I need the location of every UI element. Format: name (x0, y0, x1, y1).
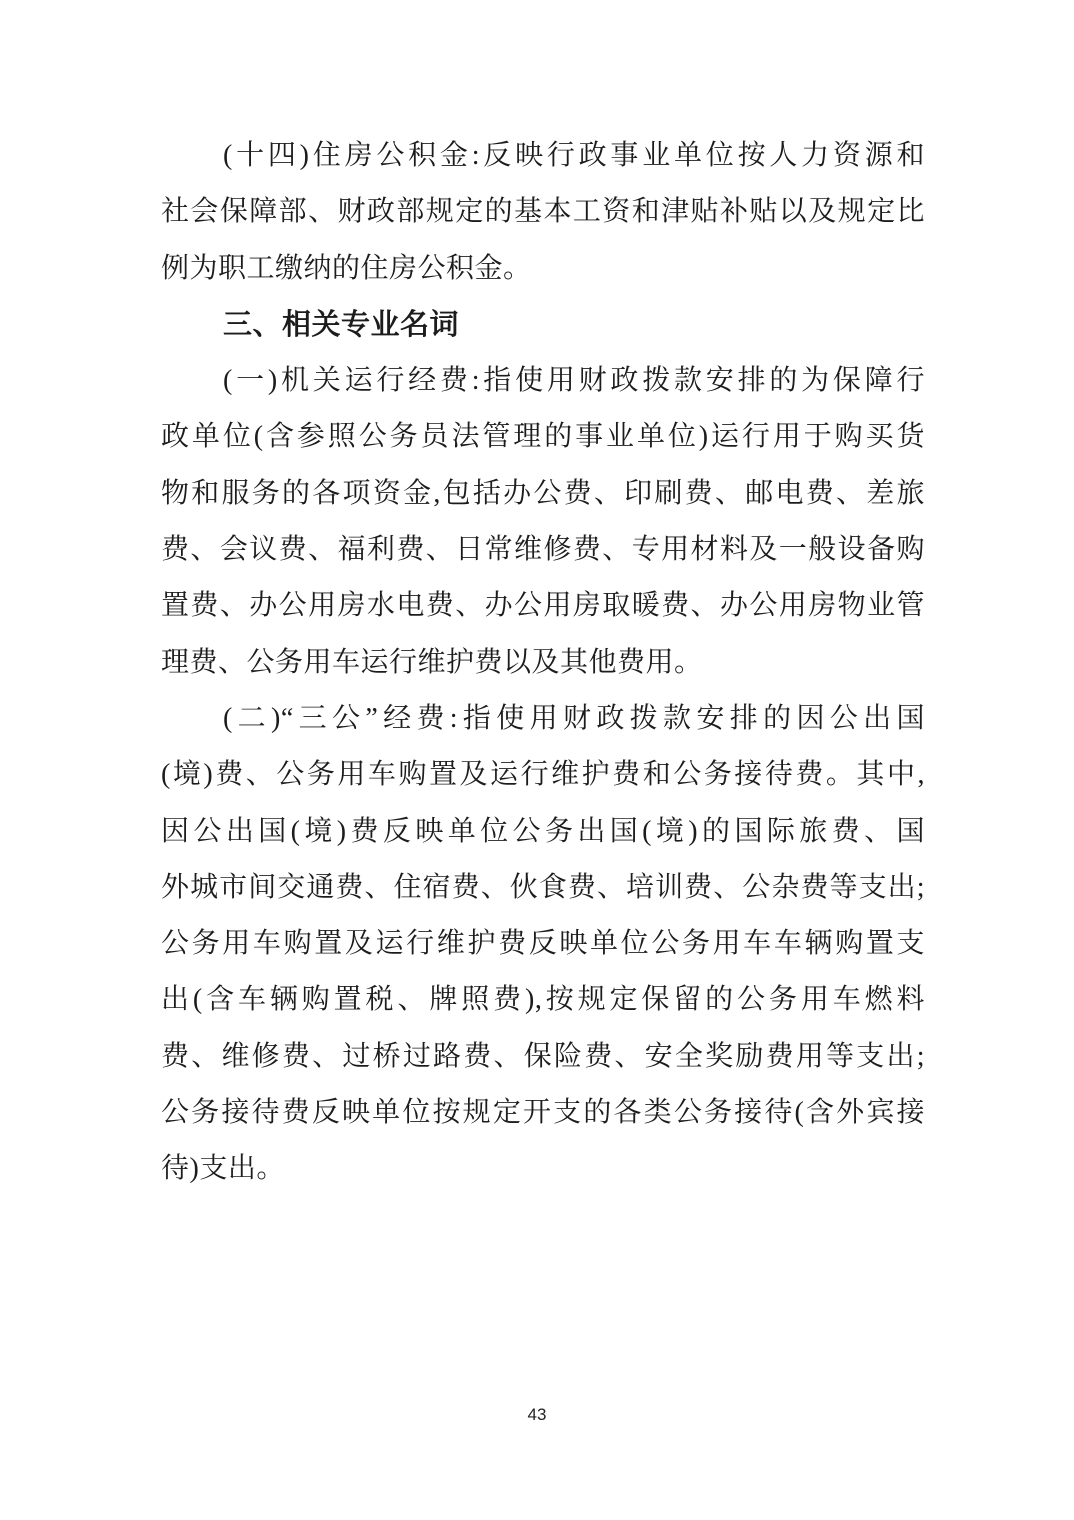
page-number: 43 (0, 1403, 1074, 1427)
paragraph-line: 出(含车辆购置税、牌照费),按规定保留的公务用车燃料 (161, 972, 925, 1028)
paragraph-line: 费、会议费、福利费、日常维修费、专用材料及一般设备购 (161, 522, 925, 578)
paragraph-line: 例为职工缴纳的住房公积金。 (161, 241, 925, 297)
paragraph-line: 公务用车购置及运行维护费反映单位公务用车车辆购置支 (161, 916, 925, 972)
document-page: (十四)住房公积金:反映行政事业单位按人力资源和 社会保障部、财政部规定的基本工… (0, 0, 1074, 1520)
paragraph-line: 置费、办公用房水电费、办公用房取暖费、办公用房物业管 (161, 578, 925, 634)
paragraph-line: 因公出国(境)费反映单位公务出国(境)的国际旅费、国 (161, 804, 925, 860)
document-body: (十四)住房公积金:反映行政事业单位按人力资源和 社会保障部、财政部规定的基本工… (161, 128, 925, 1198)
paragraph-line: 待)支出。 (161, 1141, 925, 1197)
paragraph-line: 外城市间交通费、住宿费、伙食费、培训费、公杂费等支出; (161, 860, 925, 916)
paragraph-line: 费、维修费、过桥过路费、保险费、安全奖励费用等支出; (161, 1029, 925, 1085)
paragraph-line: 公务接待费反映单位按规定开支的各类公务接待(含外宾接 (161, 1085, 925, 1141)
section-heading: 三、相关专业名词 (161, 297, 925, 353)
paragraph-line: (境)费、公务用车购置及运行维护费和公务接待费。其中, (161, 747, 925, 803)
paragraph-line: 政单位(含参照公务员法管理的事业单位)运行用于购买货 (161, 409, 925, 465)
paragraph-line: (十四)住房公积金:反映行政事业单位按人力资源和 (161, 128, 925, 184)
paragraph-line: 物和服务的各项资金,包括办公费、印刷费、邮电费、差旅 (161, 466, 925, 522)
paragraph-line: 理费、公务用车运行维护费以及其他费用。 (161, 635, 925, 691)
paragraph-line: 社会保障部、财政部规定的基本工资和津贴补贴以及规定比 (161, 184, 925, 240)
paragraph-line: (一)机关运行经费:指使用财政拨款安排的为保障行 (161, 353, 925, 409)
paragraph-line: (二)“三公”经费:指使用财政拨款安排的因公出国 (161, 691, 925, 747)
